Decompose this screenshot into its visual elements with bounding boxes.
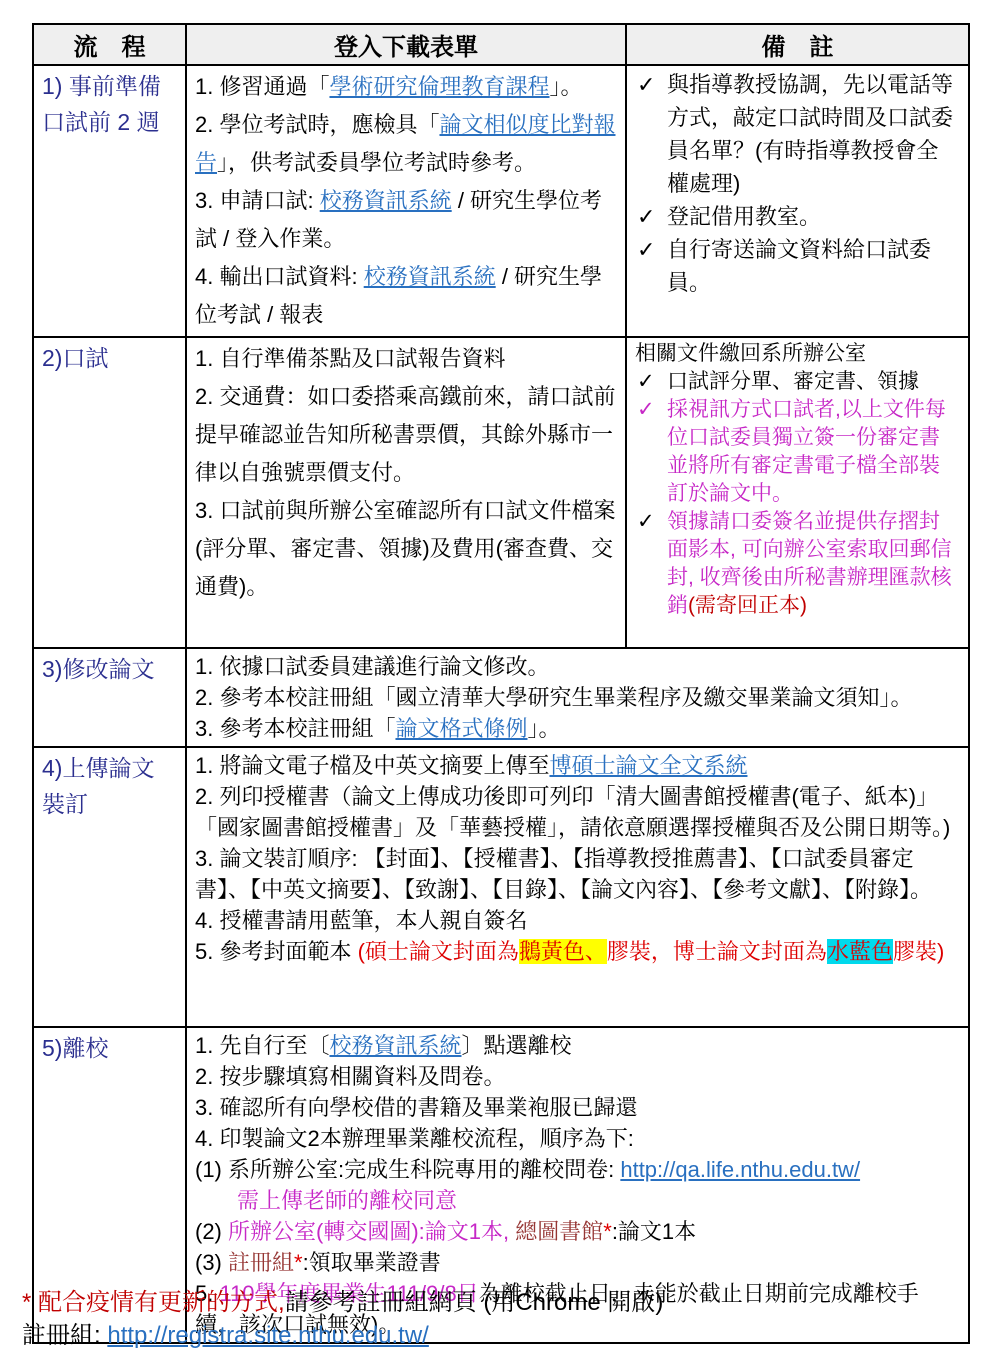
link-ethics-course[interactable]: 學術研究倫理教育課程 <box>329 74 549 99</box>
text: 5. 參考封面範本 <box>195 939 358 964</box>
check-icon: ✓ <box>637 233 655 266</box>
form-item: 3. 口試前與所辦公室確認所有口試文件檔案(評分單、審定書、領據)及費用(審查費… <box>195 492 617 606</box>
text: 請參考註冊組網頁 (用Chrome 開啟) <box>285 1289 664 1316</box>
form-item: 1. 修習通過「學術研究倫理教育課程」。 <box>195 68 617 106</box>
text: 」。 <box>527 716 560 741</box>
check-icon: ✓ <box>637 508 655 536</box>
form-item: 2. 交通費：如口委搭乘高鐵前來，請口試前提早確認並告知所秘書票價，其餘外縣市一… <box>195 378 617 492</box>
text: 自行寄送論文資料給口試委員。 <box>667 237 931 295</box>
item: 1. 將論文電子檔及中英文摘要上傳至博碩士論文全文系統 <box>195 750 960 781</box>
text: 」。 <box>549 74 582 99</box>
note-item: ✓登記借用教室。 <box>635 200 960 233</box>
text: 〕點選離校 <box>461 1033 571 1058</box>
process-label-upload-binding: 4)上傳論文 裝訂 <box>33 747 186 1027</box>
process-label-thesis-revision: 3)修改論文 <box>33 648 186 747</box>
text-registrar-division: 註冊組 <box>228 1250 294 1275</box>
notes-title: 相關文件繳回系所辦公室 <box>635 340 960 368</box>
highlight-aqua-blue: 水藍色 <box>827 939 893 964</box>
text-office-copy: 所辦公室(轉交國圖):論文1本, <box>228 1219 515 1244</box>
row-oral-exam: 2)口試 1. 自行準備茶點及口試報告資料 2. 交通費：如口委搭乘高鐵前來，請… <box>33 337 969 648</box>
sub-item-library: (2) 所辦公室(轉交國圖):論文1本, 總圖書館*:論文1本 <box>195 1216 960 1247</box>
process-label-line1: 4)上傳論文 <box>42 750 177 786</box>
text: 1. 修習通過「 <box>195 74 329 99</box>
note-item: ✓口試評分單、審定書、領據 <box>635 368 960 396</box>
asterisk: * <box>294 1250 303 1275</box>
process-label-line2: 裝訂 <box>42 786 177 822</box>
content-cell-upload-binding: 1. 將論文電子檔及中英文摘要上傳至博碩士論文全文系統 2. 列印授權書（論文上… <box>186 747 969 1027</box>
link-registrar-site[interactable]: http://registra.site.nthu.edu.tw/ <box>107 1322 429 1349</box>
link-etd-system[interactable]: 博碩士論文全文系統 <box>549 753 747 778</box>
text: 1. 先自行至〔 <box>195 1033 329 1058</box>
text: :領取畢業證書 <box>303 1250 441 1275</box>
sub-item-registrar: (3) 註冊組*:領取畢業證書 <box>195 1247 960 1278</box>
process-label-line1: 1) 事前準備 <box>42 68 177 104</box>
item: 3. 參考本校註冊組「論文格式條例」。 <box>195 713 960 744</box>
item: 2. 參考本校註冊組「國立清華大學研究生畢業程序及繳交畢業論文須知」。 <box>195 682 960 713</box>
form-item: 3. 申請口試: 校務資訊系統 / 研究生學位考試 / 登入作業。 <box>195 182 617 258</box>
text: 與指導教授協調，先以電話等方式，敲定口試時間及口試委員名單？(有時指導教授會全權… <box>667 72 953 196</box>
item: 3. 確認所有向學校借的書籍及畢業袍服已歸還 <box>195 1092 960 1123</box>
item: 1. 依據口試委員建議進行論文修改。 <box>195 651 960 682</box>
header-row: 流 程 登入下載表單 備 註 <box>33 24 969 65</box>
note-item: ✓與指導教授協調，先以電話等方式，敲定口試時間及口試委員名單？(有時指導教授會全… <box>635 68 960 200</box>
notes-cell-preparation: ✓與指導教授協調，先以電話等方式，敲定口試時間及口試委員名單？(有時指導教授會全… <box>626 65 969 337</box>
footer-registrar-url: 註冊組: http://registra.site.nthu.edu.tw/ <box>22 1319 972 1352</box>
header-notes: 備 註 <box>626 24 969 65</box>
highlight-goose-yellow: 鵝黃色、 <box>519 939 607 964</box>
form-item: 2. 學位考試時，應檢具「論文相似度比對報告」，供考試委員學位考試時參考。 <box>195 106 617 182</box>
text: 註冊組: <box>22 1322 107 1349</box>
text: (2) <box>195 1219 228 1244</box>
note-item: ✓領據請口委簽名並提供存摺封面影本, 可向辦公室索取回郵信封, 收齊後由所秘書辦… <box>635 508 960 620</box>
sub-item-upload-consent: 需上傳老師的離校同意 <box>195 1185 960 1216</box>
asterisk: * <box>603 1219 612 1244</box>
item: 1. 先自行至〔校務資訊系統〕點選離校 <box>195 1030 960 1061</box>
form-item: 1. 自行準備茶點及口試報告資料 <box>195 340 617 378</box>
check-icon: ✓ <box>637 200 655 233</box>
footer-covid-note: * 配合疫情有更新的方式,請參考註冊組網頁 (用Chrome 開啟) <box>22 1286 972 1319</box>
link-ais-leave-school[interactable]: 校務資訊系統 <box>329 1033 461 1058</box>
text-cover-note: 膠裝) <box>893 939 944 964</box>
text: 4. 輸出口試資料: <box>195 264 364 289</box>
link-ais-export-data[interactable]: 校務資訊系統 <box>364 264 496 289</box>
link-ais-apply-oral[interactable]: 校務資訊系統 <box>320 188 452 213</box>
text: (1) 系所辦公室:完成生科院專用的離校問卷: <box>195 1157 620 1182</box>
item: 2. 按步驟填寫相關資料及問卷。 <box>195 1061 960 1092</box>
text: (3) <box>195 1250 228 1275</box>
form-item: 4. 輸出口試資料: 校務資訊系統 / 研究生學位考試 / 報表 <box>195 258 617 334</box>
text: 口試評分單、審定書、領據 <box>667 370 919 393</box>
process-table: 流 程 登入下載表單 備 註 1) 事前準備 口試前 2 週 1. 修習通過「學… <box>32 23 970 1344</box>
row-thesis-revision: 3)修改論文 1. 依據口試委員建議進行論文修改。 2. 參考本校註冊組「國立清… <box>33 648 969 747</box>
text: :論文1本 <box>612 1219 696 1244</box>
note-item: ✓自行寄送論文資料給口試委員。 <box>635 233 960 299</box>
link-thesis-format-rules[interactable]: 論文格式條例 <box>395 716 527 741</box>
text-main-library: 總圖書館 <box>515 1219 603 1244</box>
item: 2. 列印授權書（論文上傳成功後即可列印「清大圖書館授權書(電子、紙本)」「國家… <box>195 781 960 843</box>
page-footer: * 配合疫情有更新的方式,請參考註冊組網頁 (用Chrome 開啟) 註冊組: … <box>22 1286 972 1352</box>
text-video-oral-note: 採視訊方式口試者,以上文件每位口試委員獨立簽一份審定書並將所有審定書電子檔全部裝… <box>667 398 946 505</box>
header-form: 登入下載表單 <box>186 24 626 65</box>
process-label-oral-exam: 2)口試 <box>33 337 186 648</box>
process-label: 5)離校 <box>42 1030 177 1066</box>
text: 登記借用教室。 <box>667 204 821 229</box>
text: 3. 申請口試: <box>195 188 320 213</box>
text: 1. 將論文電子檔及中英文摘要上傳至 <box>195 753 549 778</box>
link-qa-life-survey[interactable]: http://qa.life.nthu.edu.tw/ <box>620 1157 860 1182</box>
row-preparation: 1) 事前準備 口試前 2 週 1. 修習通過「學術研究倫理教育課程」。 2. … <box>33 65 969 337</box>
text-covid-update: * 配合疫情有更新的方式, <box>22 1289 285 1316</box>
process-label: 2)口試 <box>42 340 177 376</box>
check-icon: ✓ <box>637 68 655 101</box>
item: 4. 授權書請用藍筆，本人親自簽名 <box>195 905 960 936</box>
process-label-preparation: 1) 事前準備 口試前 2 週 <box>33 65 186 337</box>
process-label: 3)修改論文 <box>42 651 177 687</box>
text: 2. 學位考試時，應檢具「 <box>195 112 439 137</box>
notes-cell-oral-exam: 相關文件繳回系所辦公室 ✓口試評分單、審定書、領據 ✓採視訊方式口試者,以上文件… <box>626 337 969 648</box>
check-icon: ✓ <box>637 368 655 396</box>
item-cover-sample: 5. 參考封面範本 (碩士論文封面為鵝黃色、膠裝，博士論文封面為水藍色膠裝) <box>195 936 960 967</box>
note-item: ✓採視訊方式口試者,以上文件每位口試委員獨立簽一份審定書並將所有審定書電子檔全部… <box>635 396 960 508</box>
form-cell-preparation: 1. 修習通過「學術研究倫理教育課程」。 2. 學位考試時，應檢具「論文相似度比… <box>186 65 626 337</box>
form-cell-oral-exam: 1. 自行準備茶點及口試報告資料 2. 交通費：如口委搭乘高鐵前來，請口試前提早… <box>186 337 626 648</box>
process-label-line2: 口試前 2 週 <box>42 104 177 140</box>
row-upload-binding: 4)上傳論文 裝訂 1. 將論文電子檔及中英文摘要上傳至博碩士論文全文系統 2.… <box>33 747 969 1027</box>
text-return-original-warning: (需寄回正本) <box>688 594 807 617</box>
header-process: 流 程 <box>33 24 186 65</box>
item: 4. 印製論文2本辦理畢業離校流程，順序為下: <box>195 1123 960 1154</box>
sub-item-office-survey: (1) 系所辦公室:完成生科院專用的離校問卷: http://qa.life.n… <box>195 1154 960 1185</box>
text-cover-note: (碩士論文封面為 <box>358 939 519 964</box>
text-cover-note: 膠裝，博士論文封面為 <box>607 939 827 964</box>
item: 3. 論文裝訂順序: 【封面】、【授權書】、【指導教授推薦書】、【口試委員審定書… <box>195 843 960 905</box>
text: 」，供考試委員學位考試時參考。 <box>217 150 536 175</box>
content-cell-thesis-revision: 1. 依據口試委員建議進行論文修改。 2. 參考本校註冊組「國立清華大學研究生畢… <box>186 648 969 747</box>
text: 3. 參考本校註冊組「 <box>195 716 395 741</box>
check-icon: ✓ <box>637 396 655 424</box>
